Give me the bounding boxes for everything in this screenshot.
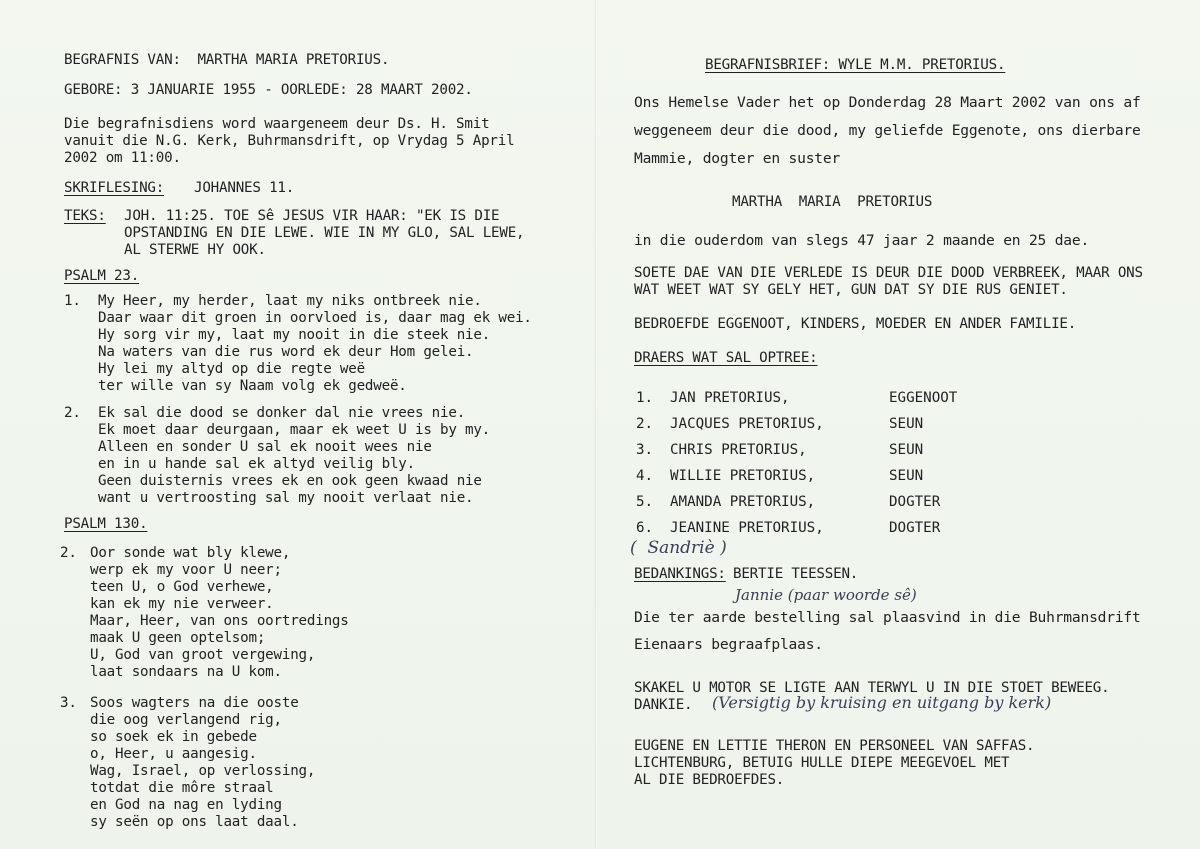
- verse-line: die oog verlangend rig,: [90, 712, 282, 729]
- bearer-relation: SEUN: [889, 442, 923, 458]
- service-line-2: vanuit die N.G. Kerk, Buhrmansdrift, op …: [64, 133, 514, 150]
- thanks-value: BERTIE TEESSEN.: [733, 566, 858, 583]
- text-label: TEKS:: [64, 208, 106, 225]
- condolence-line-2: LICHTENBURG, BETUIG HULLE DIEPE MEEGEVOE…: [634, 755, 1009, 772]
- verse-line: want u vertroosting sal my nooit verlaat…: [98, 490, 473, 507]
- verse-line: My Heer, my herder, laat my niks ontbree…: [98, 293, 482, 310]
- handwritten-sandria: ( Sandriè ): [630, 538, 727, 558]
- text-line-3: AL STERWE HY OOK.: [124, 242, 266, 259]
- intro-line-3: Mammie, dogter en suster: [634, 150, 840, 167]
- thanks-label: BEDANKINGS:: [634, 566, 726, 583]
- text-line-1: JOH. 11:25. TOE Sê JESUS VIR HAAR: "EK I…: [124, 208, 499, 225]
- thanks-short: DANKIE.: [634, 697, 692, 714]
- funeral-heading: BEGRAFNIS VAN: MARTHA MARIA PRETORIUS.: [64, 52, 389, 69]
- age-line: in die ouderdom van slegs 47 jaar 2 maan…: [634, 232, 1089, 249]
- verse-line: Daar waar dit groen in oorvloed is, daar…: [98, 310, 532, 327]
- verse-line: Ek sal die dood se donker dal nie vrees …: [98, 405, 465, 422]
- condolence-line-3: AL DIE BEDROEFDES.: [634, 772, 784, 789]
- text-line-2: OPSTANDING EN DIE LEWE. WIE IN MY GLO, S…: [124, 225, 524, 242]
- mourners-line: BEDROEFDE EGGENOOT, KINDERS, MOEDER EN A…: [634, 316, 1076, 333]
- bearers-title: DRAERS WAT SAL OPTREE:: [634, 350, 818, 367]
- verse-line: sy seën op ons laat daal.: [90, 814, 299, 831]
- verse-line: Hy sorg vir my, laat my nooit in die ste…: [98, 327, 490, 344]
- handwritten-jannie: Jannie (paar woorde sê): [735, 586, 917, 604]
- scripture-value: JOHANNES 11.: [194, 180, 294, 197]
- scripture-label: SKRIFLESING:: [64, 180, 164, 197]
- verse-line: en in u hande sal ek altyd veilig bly.: [98, 456, 415, 473]
- bearer-number: 1.: [636, 390, 653, 406]
- intro-line-2: weggeneem deur die dood, my geliefde Egg…: [634, 122, 1141, 139]
- verse-line: werp ek my voor U neer;: [90, 562, 282, 579]
- verse-line: maak U geen optelsom;: [90, 630, 265, 647]
- verse-line: Wag, Israel, op verlossing,: [90, 763, 315, 780]
- condolence-line-1: EUGENE EN LETTIE THERON EN PERSONEEL VAN…: [634, 738, 1034, 755]
- letter-heading: BEGRAFNISBRIEF: WYLE M.M. PRETORIUS.: [705, 57, 1005, 74]
- verse-line: en God na nag en lyding: [90, 797, 282, 814]
- verse-line: Ek moet daar deurgaan, maar ek weet U is…: [98, 422, 490, 439]
- verse-line: Geen duisternis vrees ek en ook geen kwa…: [98, 473, 482, 490]
- verse-line: Maar, Heer, van ons oortredings: [90, 613, 349, 630]
- psalm23-title: PSALM 23.: [64, 268, 139, 285]
- bearer-number: 4.: [636, 468, 653, 484]
- bearer-name: JACQUES PRETORIUS,: [670, 416, 824, 432]
- verse-line: teen U, o God verhewe,: [90, 579, 274, 596]
- bearer-name: AMANDA PRETORIUS,: [670, 494, 815, 510]
- verse-number: 1.: [64, 293, 81, 310]
- bearer-relation: EGGENOOT: [889, 390, 957, 406]
- bearer-relation: DOGTER: [889, 494, 940, 510]
- intro-line-1: Ons Hemelse Vader het op Donderdag 28 Ma…: [634, 94, 1141, 111]
- verse-number: 2.: [64, 405, 81, 422]
- verse-line: Hy lei my altyd op die regte weë: [98, 361, 365, 378]
- verse-number: 2.: [60, 545, 77, 562]
- bearer-name: JAN PRETORIUS,: [670, 390, 790, 406]
- psalm130-title: PSALM 130.: [64, 516, 147, 533]
- verse-line: Na waters van die rus word ek deur Hom g…: [98, 344, 473, 361]
- verse-line: Alleen en sonder U sal ek nooit wees nie: [98, 439, 432, 456]
- bearer-number: 3.: [636, 442, 653, 458]
- bearer-number: 5.: [636, 494, 653, 510]
- bearer-relation: SEUN: [889, 416, 923, 432]
- bearer-name: WILLIE PRETORIUS,: [670, 468, 815, 484]
- bearer-number: 6.: [636, 520, 653, 536]
- verse-line-1: SOETE DAE VAN DIE VERLEDE IS DEUR DIE DO…: [634, 265, 1143, 282]
- verse-line: laat sondaars na U kom.: [90, 664, 282, 681]
- burial-line-2: Eienaars begraafplaas.: [634, 636, 823, 653]
- verse-line: o, Heer, u aangesig.: [90, 746, 257, 763]
- burial-line-1: Die ter aarde bestelling sal plaasvind i…: [634, 609, 1141, 626]
- bearer-name: JEANINE PRETORIUS,: [670, 520, 824, 536]
- deceased-name: MARTHA MARIA PRETORIUS: [732, 194, 932, 211]
- bearer-relation: SEUN: [889, 468, 923, 484]
- verse-line: so soek ek in gebede: [90, 729, 257, 746]
- verse-line: totdat die môre straal: [90, 780, 274, 797]
- verse-line: ter wille van sy Naam volg ek gedweë.: [98, 378, 407, 395]
- service-line-3: 2002 om 11:00.: [64, 150, 181, 167]
- bearer-relation: DOGTER: [889, 520, 940, 536]
- bearer-number: 2.: [636, 416, 653, 432]
- verse-line-2: WAT WEET WAT SY GELY HET, GUN DAT SY DIE…: [634, 282, 1068, 299]
- verse-line: kan ek my nie verweer.: [90, 596, 274, 613]
- verse-line: Soos wagters na die ooste: [90, 695, 299, 712]
- page-fold: [594, 0, 598, 849]
- bearer-name: CHRIS PRETORIUS,: [670, 442, 807, 458]
- verse-line: U, God van groot vergewing,: [90, 647, 315, 664]
- verse-line: Oor sonde wat bly klewe,: [90, 545, 290, 562]
- verse-number: 3.: [60, 695, 77, 712]
- birth-death-dates: GEBORE: 3 JANUARIE 1955 - OORLEDE: 28 MA…: [64, 82, 473, 99]
- service-line-1: Die begrafnisdiens word waargeneem deur …: [64, 116, 489, 133]
- handwritten-caution: (Versigtig by kruising en uitgang by ker…: [712, 693, 1051, 712]
